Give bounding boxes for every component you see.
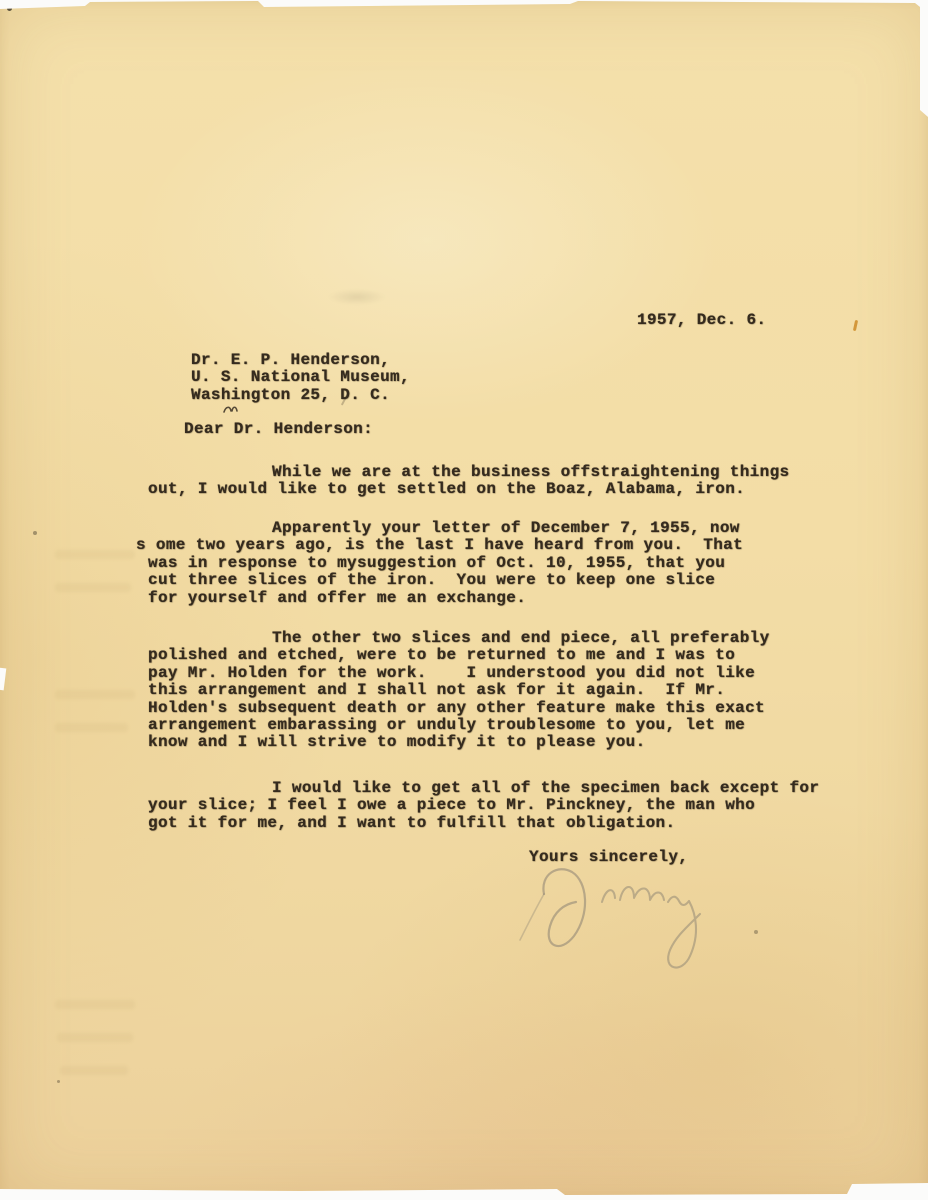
letter-line: your slice; I feel I owe a piece to Mr. … [148, 797, 819, 814]
overtype-correction-mark [222, 404, 240, 414]
letter-line: know and I will strive to modify it to p… [148, 734, 770, 751]
letter-line: The other two slices and end piece, all … [148, 630, 770, 647]
letter-line: While we are at the business offstraight… [148, 464, 789, 481]
letter-line: was in response to mysuggestion of Oct. … [148, 555, 743, 572]
paragraph: Apparently your letter of December 7, 19… [148, 520, 743, 607]
paper-speck [754, 930, 758, 934]
recipient-line: Dr. E. P. Henderson, [191, 352, 410, 369]
orange-fiber-speck [853, 320, 858, 331]
paper-speck [7, 6, 12, 11]
letter-paper-sheet: 1957, Dec. 6. Dr. E. P. Henderson, U. S.… [0, 0, 928, 1200]
letter-line: this arrangement and I shall not ask for… [148, 682, 770, 699]
letter-line: Apparently your letter of December 7, 19… [148, 520, 743, 537]
recipient-line: Washington 25, D. C. [191, 387, 410, 404]
pencil-smudge [328, 289, 386, 305]
letter-line: cut three slices of the iron. You were t… [148, 572, 743, 589]
letter-line: pay Mr. Holden for the work. I understoo… [148, 665, 770, 682]
letter-line: I would like to get all of the specimen … [148, 780, 819, 797]
paragraph: While we are at the business offstraight… [148, 464, 789, 499]
letter-line: Holden's subsequent death or any other f… [148, 700, 770, 717]
letter-line: arrangement embarassing or unduly troubl… [148, 717, 770, 734]
salutation: Dear Dr. Henderson: [184, 421, 373, 438]
paper-edge-notch [0, 668, 6, 691]
letter-date: 1957, Dec. 6. [637, 312, 766, 329]
recipient-address-block: Dr. E. P. Henderson, U. S. National Muse… [191, 352, 410, 404]
letter-line: for yourself and offer me an exchange. [148, 590, 743, 607]
paragraph: I would like to get all of the specimen … [148, 780, 819, 832]
recipient-line: U. S. National Museum, [191, 369, 410, 386]
paper-speck [57, 1080, 60, 1083]
paper-speck [33, 531, 37, 535]
handwritten-signature [510, 862, 720, 982]
letter-line: polished and etched, were to be returned… [148, 647, 770, 664]
paragraph: The other two slices and end piece, all … [148, 630, 770, 752]
letter-line: s ome two years ago, is the last I have … [136, 537, 743, 554]
letter-line: got it for me, and I want to fulfill tha… [148, 815, 819, 832]
letter-line: out, I would like to get settled on the … [148, 481, 789, 498]
